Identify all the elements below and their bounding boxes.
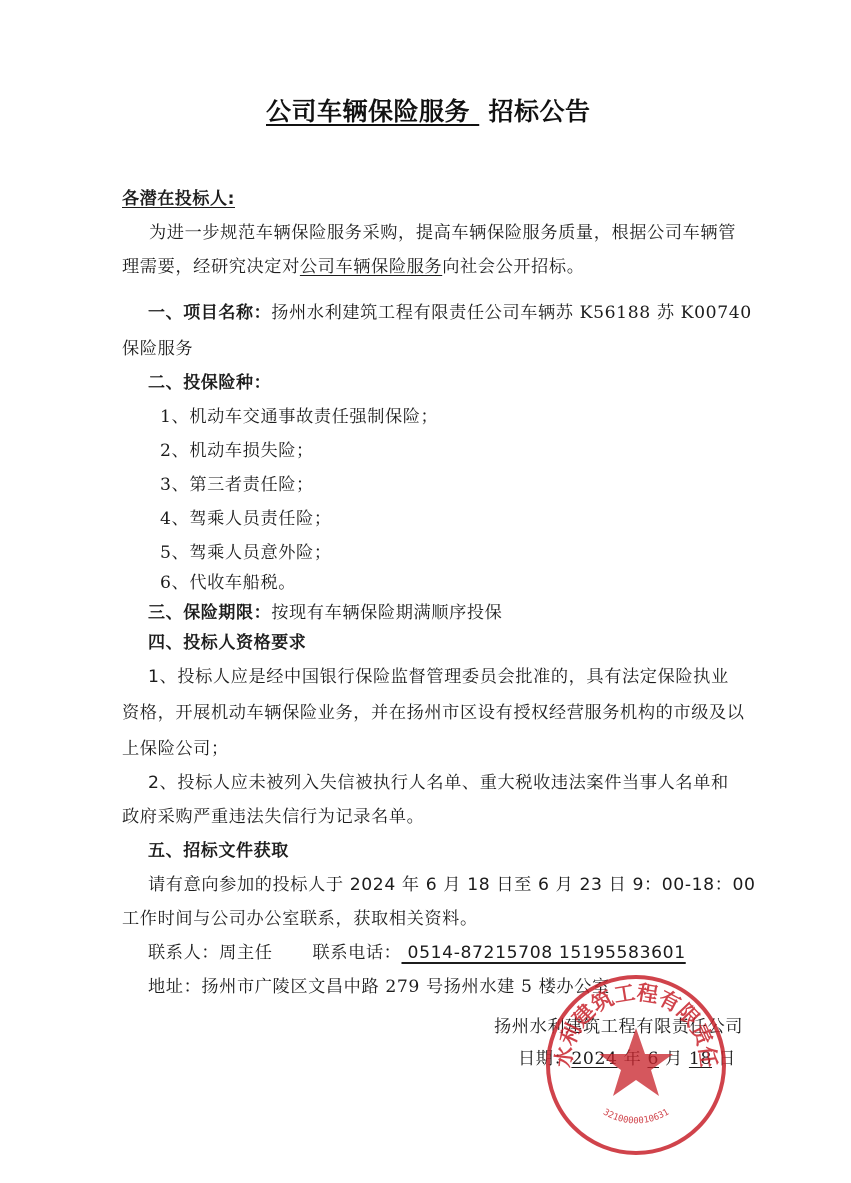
svg-text:3210000010631: 3210000010631 [601, 1108, 671, 1127]
insurance-item-2: 2、机动车损失险； [160, 436, 314, 461]
date-month-unit: 月 [659, 1049, 689, 1069]
date-year: 2024 [571, 1049, 617, 1069]
date-day-unit: 日 [712, 1049, 736, 1069]
date-day: 18 [689, 1049, 712, 1069]
insurance-item-6: 6、代收车船税。 [160, 568, 296, 593]
contact-person: 周主任 [219, 943, 272, 963]
section-5-heading: 五、招标文件获取 [148, 836, 289, 861]
page-title: 公司车辆保险服务 招标公告 [266, 92, 590, 128]
title-suffix: 招标公告 [479, 97, 590, 126]
section-3-text: 按现有车辆保险期满顺序投保 [271, 603, 502, 623]
requirement-2-line-1: 2、投标人应未被列入失信被执行人名单、重大税收违法案件当事人名单和 [148, 768, 729, 793]
contact-person-label: 联系人： [148, 943, 219, 963]
section-3: 三、保险期限：按现有车辆保险期满顺序投保 [148, 598, 502, 623]
contact-phone-label: 联系电话： [313, 943, 402, 963]
requirement-2-line-2: 政府采购严重违法失信行为记录名单。 [122, 802, 424, 827]
section-4-heading: 四、投标人资格要求 [148, 628, 306, 653]
signature-company: 扬州水利建筑工程有限责任公司 [494, 1012, 743, 1037]
requirement-1-line-2: 资格，开展机动车辆保险业务，并在扬州市区设有授权经营服务机构的市级及以 [122, 698, 745, 723]
section-2-heading: 二、投保险种： [148, 368, 271, 393]
requirement-1-line-3: 上保险公司； [122, 734, 229, 759]
intro-underlined-service: 公司车辆保险服务 [300, 257, 442, 277]
intro-line-1: 为进一步规范车辆保险服务采购，提高车辆保险服务质量，根据公司车辆管 [149, 218, 736, 243]
section-1-text: 扬州水利建筑工程有限责任公司车辆苏 K56188 苏 K00740 [271, 303, 752, 323]
intro-text-a: 理需要，经研究决定对 [122, 257, 300, 277]
section-5-line-2: 工作时间与公司办公室联系，获取相关资料。 [122, 904, 478, 929]
requirement-1-line-1: 1、投标人应是经中国银行保险监督管理委员会批准的，具有法定保险执业 [148, 662, 729, 687]
address-label: 地址： [148, 977, 201, 997]
insurance-item-5: 5、驾乘人员意外险； [160, 538, 332, 563]
section-5-line-1: 请有意向参加的投标人于 2024 年 6 月 18 日至 6 月 23 日 9：… [148, 870, 756, 895]
insurance-item-1: 1、机动车交通事故责任强制保险； [160, 402, 438, 427]
title-underlined: 公司车辆保险服务 [266, 97, 470, 126]
intro-text-b: 向社会公开招标。 [442, 257, 584, 277]
salutation: 各潜在投标人: [122, 184, 235, 209]
title-underlined-gap [470, 97, 479, 126]
insurance-item-4: 4、驾乘人员责任险； [160, 504, 332, 529]
section-3-heading: 三、保险期限： [148, 603, 271, 623]
address-line: 地址：扬州市广陵区文昌中路 279 号扬州水建 5 楼办公室 [148, 972, 610, 997]
section-1-heading: 一、项目名称： [148, 303, 271, 323]
date-year-unit: 年 [618, 1049, 648, 1069]
document-page: 公司车辆保险服务 招标公告 各潜在投标人: 为进一步规范车辆保险服务采购，提高车… [0, 0, 851, 1183]
date-month: 6 [647, 1049, 659, 1069]
section-1: 一、项目名称：扬州水利建筑工程有限责任公司车辆苏 K56188 苏 K00740 [148, 298, 752, 323]
section-1-text-line-2: 保险服务 [122, 334, 193, 359]
signature-date: 日期：2024 年 6 月 18 日 [518, 1044, 736, 1069]
contact-phone-numbers: 0514-87215708 15195583601 [401, 943, 685, 963]
date-label: 日期： [518, 1049, 571, 1069]
insurance-item-3: 3、第三者责任险； [160, 470, 314, 495]
contact-line: 联系人：周主任联系电话： 0514-87215708 15195583601 [148, 938, 686, 963]
address-text: 扬州市广陵区文昌中路 279 号扬州水建 5 楼办公室 [201, 977, 609, 997]
intro-line-2: 理需要，经研究决定对公司车辆保险服务向社会公开招标。 [122, 252, 585, 277]
